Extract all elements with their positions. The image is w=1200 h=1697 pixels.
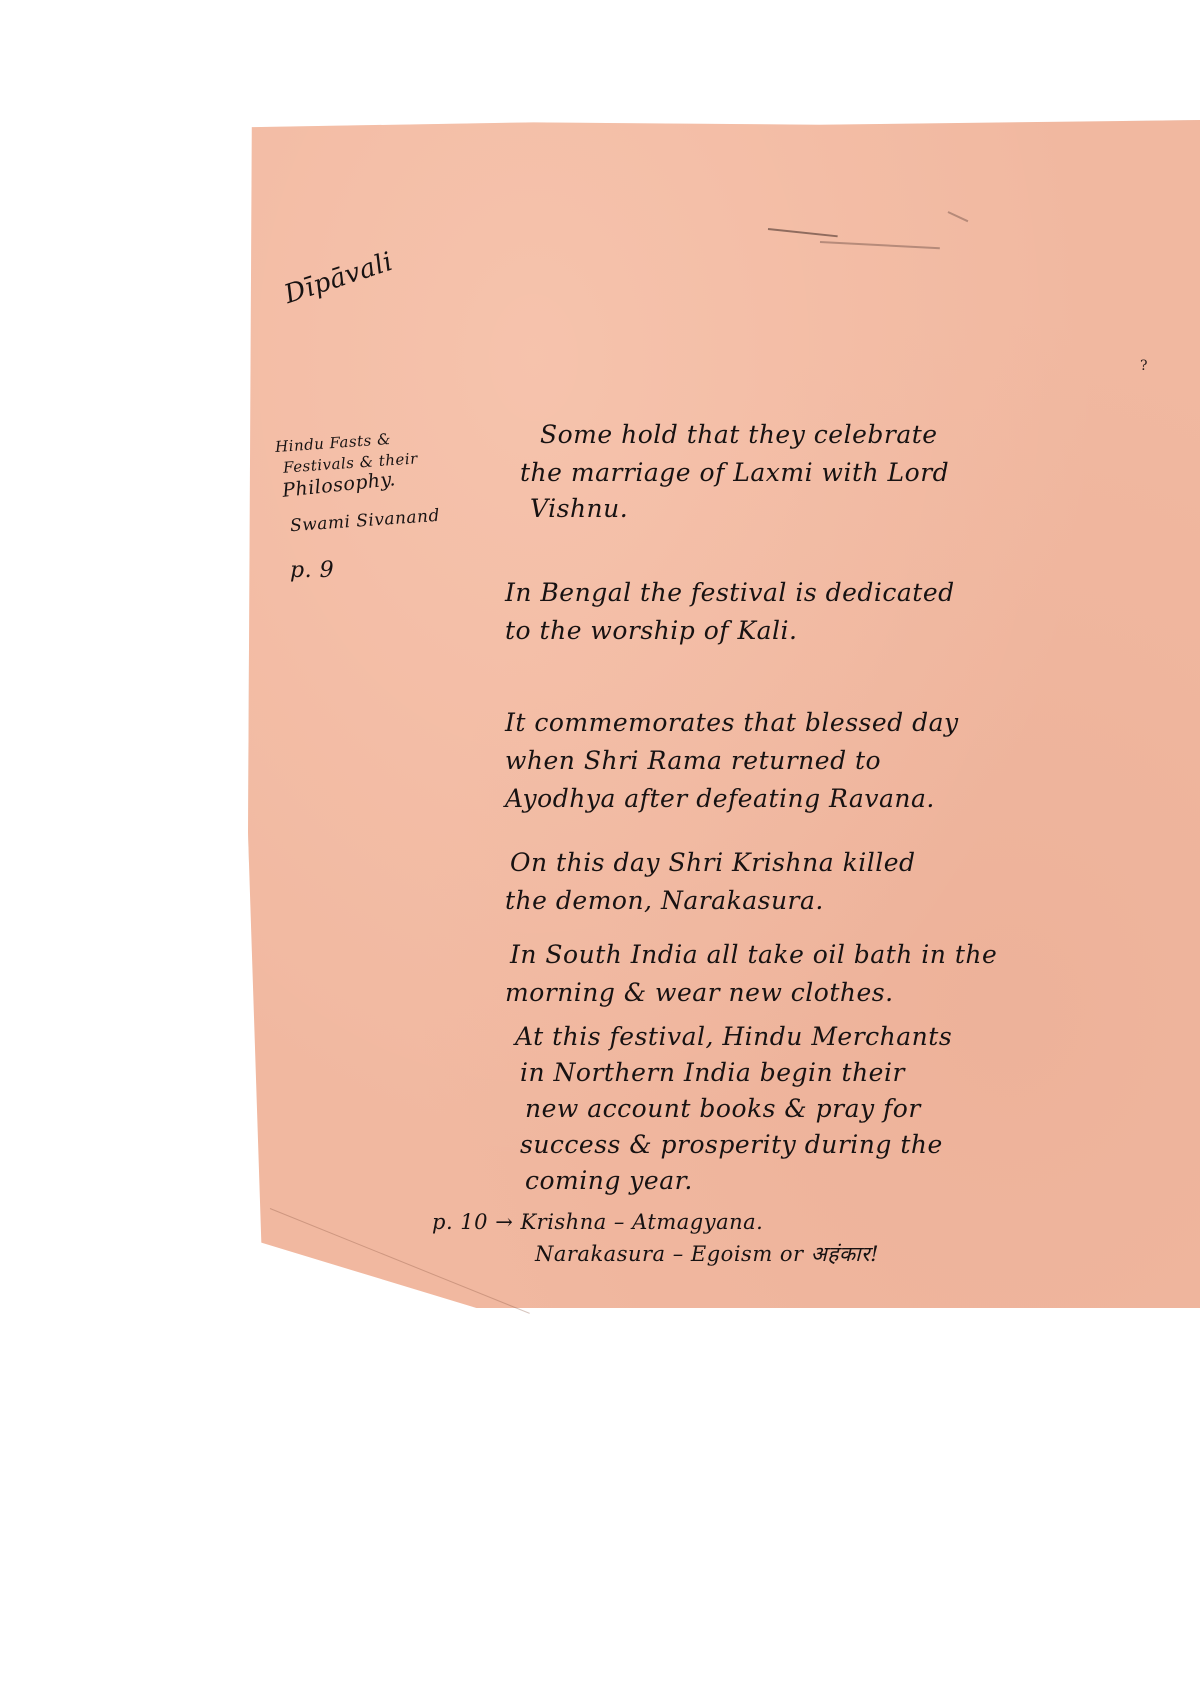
body-line: in Northern India begin their bbox=[520, 1058, 905, 1087]
footnote-line: Narakasura – Egoism or अहंकार! bbox=[535, 1240, 879, 1268]
body-line: to the worship of Kali. bbox=[505, 616, 797, 645]
body-line: new account books & pray for bbox=[525, 1094, 921, 1123]
body-line: At this festival, Hindu Merchants bbox=[515, 1022, 952, 1051]
body-line: when Shri Rama returned to bbox=[505, 746, 881, 775]
stray-question-mark: ? bbox=[1140, 358, 1148, 374]
body-line: Some hold that they celebrate bbox=[540, 420, 938, 449]
body-line: On this day Shri Krishna killed bbox=[510, 848, 916, 877]
body-line: the marriage of Laxmi with Lord bbox=[520, 458, 949, 487]
body-line: Ayodhya after defeating Ravana. bbox=[505, 784, 935, 813]
body-line: Vishnu. bbox=[530, 494, 628, 523]
body-line: coming year. bbox=[525, 1166, 693, 1195]
body-line: It commemorates that blessed day bbox=[505, 708, 959, 737]
body-line: the demon, Narakasura. bbox=[505, 886, 824, 915]
body-line: success & prosperity during the bbox=[520, 1130, 943, 1159]
body-line: In South India all take oil bath in the bbox=[510, 940, 997, 969]
body-line: morning & wear new clothes. bbox=[505, 978, 894, 1007]
source-note-page: p. 9 bbox=[290, 560, 334, 582]
body-line: In Bengal the festival is dedicated bbox=[505, 578, 955, 607]
footnote-line: p. 10 → Krishna – Atmagyana. bbox=[432, 1210, 763, 1234]
